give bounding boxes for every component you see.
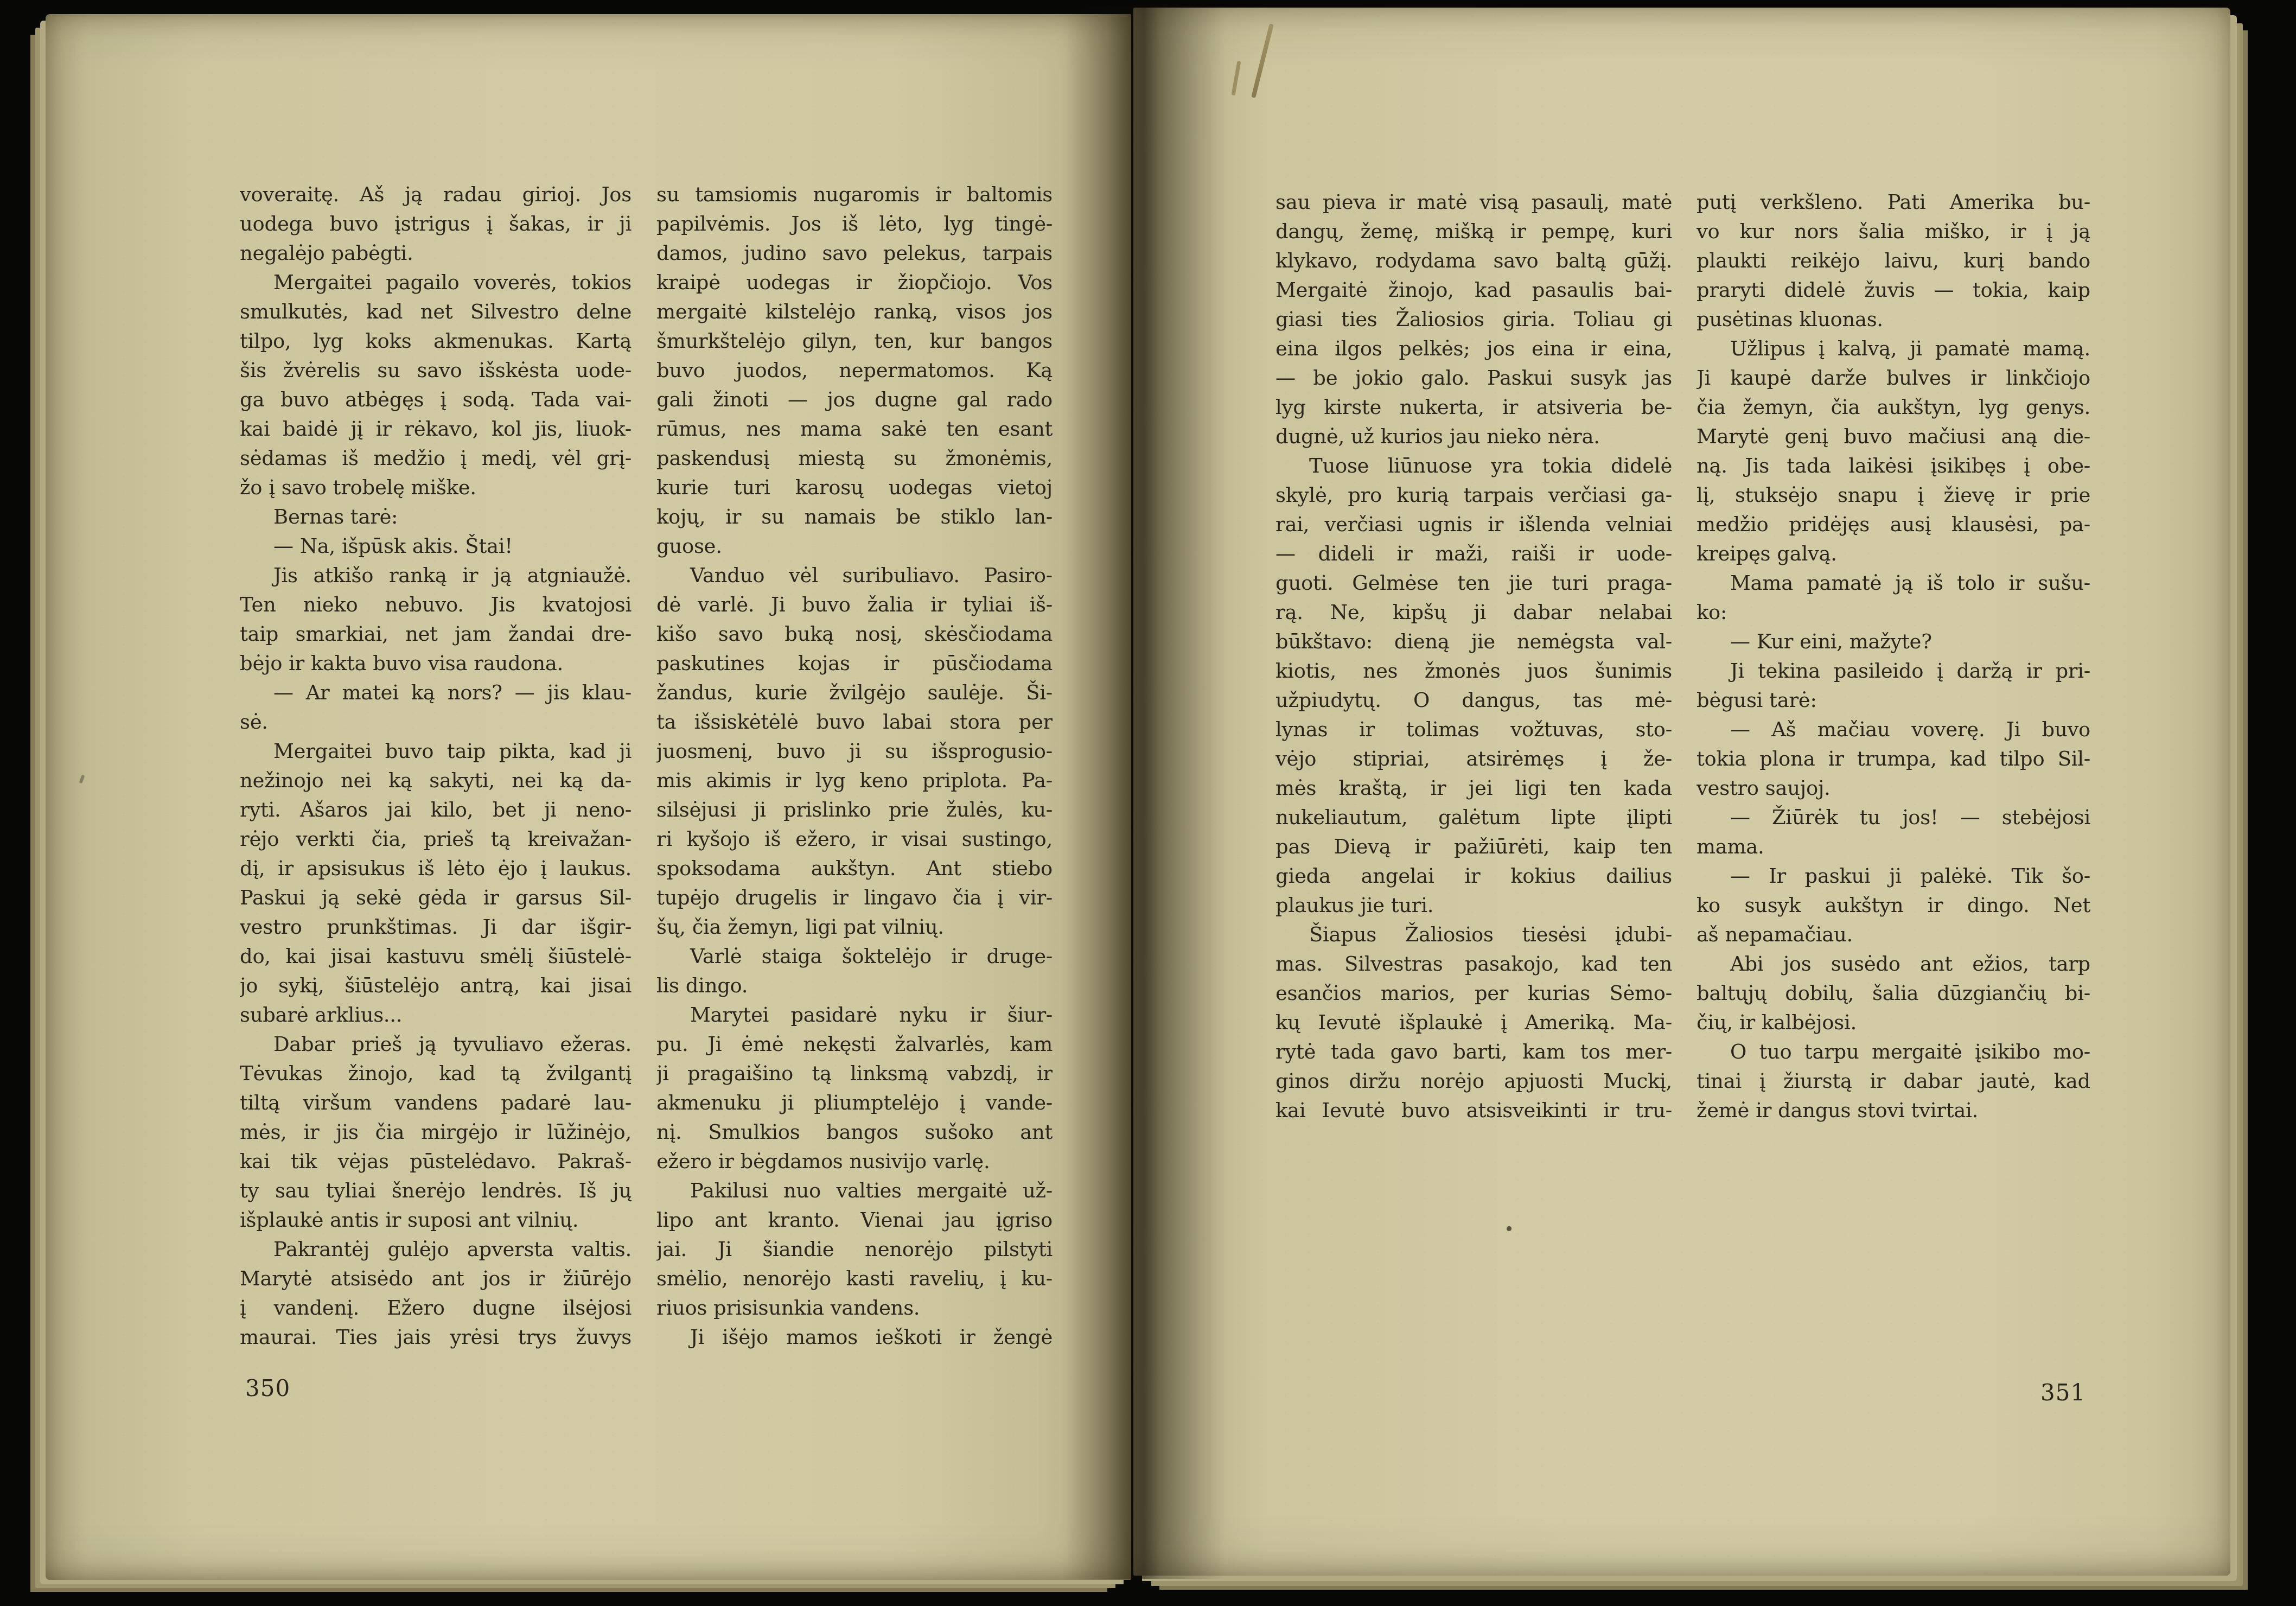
- text-line: kai baidė jį ir rėkavo, kol jis, liuok-: [240, 415, 632, 444]
- text-line: kų Ievutė išplaukė į Ameriką. Ma-: [1275, 1008, 1672, 1037]
- text-line: Šiapus Žaliosios tiesėsi įdubi-: [1275, 920, 1672, 949]
- pen-stroke-mark-small: [1231, 61, 1241, 95]
- text-line: skylė, pro kurią tarpais verčiasi ga-: [1275, 481, 1672, 510]
- text-line: būkštavo: dieną jie nemėgsta val-: [1275, 627, 1672, 657]
- text-line: mės kraštą, ir jei ligi ten kada: [1275, 774, 1672, 803]
- text-column-right-2: putį verkšleno. Pati Amerika bu-vo kur n…: [1697, 188, 2090, 1125]
- text-line: gieda angelai ir kokius dailius: [1275, 862, 1672, 891]
- text-line: guose.: [656, 532, 1053, 561]
- text-line: paskendusį miestą su žmonėmis,: [656, 444, 1053, 473]
- text-line: — be jokio galo. Paskui susyk jas: [1275, 364, 1672, 393]
- text-line: ko susyk aukštyn ir dingo. Net: [1697, 891, 2090, 920]
- text-line: mama.: [1697, 832, 2090, 862]
- text-line: žo į savo trobelę miške.: [240, 473, 632, 502]
- text-line: tokia plona ir trumpa, kad tilpo Sil-: [1697, 744, 2090, 774]
- text-line: tiltą viršum vandens padarė lau-: [240, 1088, 632, 1118]
- text-line: kišo savo buką nosį, skėsčiodama: [656, 620, 1053, 649]
- text-line: mės, ir jis čia mirgėjo ir lūžinėjo,: [240, 1118, 632, 1147]
- text-column-right-1: sau pieva ir matė visą pasaulį, matėdang…: [1275, 188, 1672, 1125]
- stray-ink-dot: [1507, 1226, 1511, 1231]
- text-line: čių, ir kalbėjosi.: [1697, 1008, 2090, 1037]
- text-line: rytė tada gavo barti, kam tos mer-: [1275, 1037, 1672, 1067]
- text-line: plaukus jie turi.: [1275, 891, 1672, 920]
- text-line: dė varlė. Ji buvo žalia ir tyliai iš-: [656, 590, 1053, 620]
- text-line: kurie turi karosų uodegas vietoj: [656, 473, 1053, 502]
- text-line: kai tik vėjas pūstelėdavo. Pakraš-: [240, 1147, 632, 1176]
- text-line: smėlio, nenorėjo kasti ravelių, į ku-: [656, 1264, 1053, 1293]
- text-line: O tuo tarpu mergaitė įsikibo mo-: [1697, 1037, 2090, 1067]
- left-page: voveraitę. Aš ją radau girioj. Josuodega…: [46, 14, 1131, 1580]
- text-column-left-1: voveraitę. Aš ją radau girioj. Josuodega…: [240, 180, 632, 1352]
- text-line: spoksodama aukštyn. Ant stiebo: [656, 854, 1053, 883]
- text-line: užpiudytų. O dangus, tas mė-: [1275, 686, 1672, 715]
- text-line: ginos diržu norėjo apjuosti Muckį,: [1275, 1067, 1672, 1096]
- text-line: ta išsiskėtėlė buvo labai stora per: [656, 708, 1053, 737]
- text-line: nukeliautum, galėtum lipte įlipti: [1275, 803, 1672, 832]
- text-line: guoti. Gelmėse ten jie turi praga-: [1275, 569, 1672, 598]
- text-line: giasi ties Žaliosios giria. Toliau gi: [1275, 305, 1672, 334]
- text-line: Užlipus į kalvą, ji pamatė mamą.: [1697, 334, 2090, 364]
- text-line: silsėjusi ji prislinko prie žulės, ku-: [656, 795, 1053, 825]
- text-line: uodega buvo įstrigus į šakas, ir ji: [240, 209, 632, 239]
- text-line: dį, ir apsisukus iš lėto ėjo į laukus.: [240, 854, 632, 883]
- text-line: mis akimis ir lyg keno priplota. Pa-: [656, 766, 1053, 795]
- text-line: kojų, ir su namais be stiklo lan-: [656, 502, 1053, 532]
- text-line: ga buvo atbėgęs į sodą. Tada vai-: [240, 385, 632, 415]
- text-line: tupėjo drugelis ir lingavo čia į vir-: [656, 883, 1053, 913]
- text-line: — Ir paskui ji palėkė. Tik šo-: [1697, 862, 2090, 891]
- text-line: riuos prisisunkia vandens.: [656, 1293, 1053, 1323]
- text-line: ji pragaišino tą linksmą vabzdį, ir: [656, 1059, 1053, 1088]
- text-line: Tėvukas žinojo, kad tą žvilgantį: [240, 1059, 632, 1088]
- text-line: vestro saujoj.: [1697, 774, 2090, 803]
- text-line: jai. Ji šiandie nenorėjo pilstyti: [656, 1235, 1053, 1264]
- text-line: plaukti reikėjo laivu, kurį bando: [1697, 246, 2090, 276]
- text-line: Paskui ją sekė gėda ir garsus Sil-: [240, 883, 632, 913]
- text-line: pu. Ji ėmė nekęsti žalvarlės, kam: [656, 1030, 1053, 1059]
- text-line: žemė ir dangus stovi tvirtai.: [1697, 1096, 2090, 1125]
- text-line: Mergaitė žinojo, kad pasaulis bai-: [1275, 276, 1672, 305]
- text-line: dugnė, už kurios jau nieko nėra.: [1275, 422, 1672, 451]
- text-line: Mergaitei buvo taip pikta, kad ji: [240, 737, 632, 766]
- text-line: sė.: [240, 708, 632, 737]
- text-line: šmurkštelėjo gilyn, ten, kur bangos: [656, 327, 1053, 356]
- text-line: vo kur nors šalia miško, ir į ją: [1697, 217, 2090, 246]
- text-line: kai Ievutė buvo atsisveikinti ir tru-: [1275, 1096, 1672, 1125]
- text-line: negalėjo pabėgti.: [240, 239, 632, 268]
- text-line: rūmus, nes mama sakė ten esant: [656, 415, 1053, 444]
- text-line: vėjo stipriai, atsirėmęs į že-: [1275, 744, 1672, 774]
- text-line: bėgusi tarė:: [1697, 686, 2090, 715]
- text-column-left-2: su tamsiomis nugaromis ir baltomispapilv…: [656, 180, 1053, 1352]
- text-line: išplaukė antis ir suposi ant vilnių.: [240, 1206, 632, 1235]
- text-line: gali žinoti — jos dugne gal rado: [656, 385, 1053, 415]
- text-line: — Ar matei ką nors? — jis klau-: [240, 678, 632, 708]
- text-line: do, kai jisai kastuvu smėlį šiūstelė-: [240, 942, 632, 971]
- text-line: subarė arklius...: [240, 1000, 632, 1030]
- text-line: juosmenį, buvo ji su išsprogusio-: [656, 737, 1053, 766]
- text-line: taip smarkiai, net jam žandai dre-: [240, 620, 632, 649]
- text-line: pusėtinas kluonas.: [1697, 305, 2090, 334]
- text-line: vestro prunkštimas. Ji dar išgir-: [240, 913, 632, 942]
- text-line: paskutines kojas ir pūsčiodama: [656, 649, 1053, 678]
- text-line: praryti didelė žuvis — tokia, kaip: [1697, 276, 2090, 305]
- text-line: Ji tekina pasileido į daržą ir pri-: [1697, 657, 2090, 686]
- text-line: lynas ir tolimas vožtuvas, sto-: [1275, 715, 1672, 744]
- text-line: Ten nieko nebuvo. Jis kvatojosi: [240, 590, 632, 620]
- text-line: putį verkšleno. Pati Amerika bu-: [1697, 188, 2090, 217]
- text-line: Mergaitei pagailo voverės, tokios: [240, 268, 632, 297]
- text-line: su tamsiomis nugaromis ir baltomis: [656, 180, 1053, 209]
- text-line: — Aš mačiau voverę. Ji buvo: [1697, 715, 2090, 744]
- text-line: ty sau tyliai šnerėjo lendrės. Iš jų: [240, 1176, 632, 1206]
- text-line: ko:: [1697, 598, 2090, 627]
- text-line: — Žiūrėk tu jos! — stebėjosi: [1697, 803, 2090, 832]
- text-line: lipo ant kranto. Vienai jau įgriso: [656, 1206, 1053, 1235]
- text-line: lyg kirste nukerta, ir atsiveria be-: [1275, 393, 1672, 422]
- text-line: sau pieva ir matė visą pasaulį, matė: [1275, 188, 1672, 217]
- text-line: mergaitė kilstelėjo ranką, visos jos: [656, 297, 1053, 327]
- text-line: dangų, žemę, mišką ir pempę, kuri: [1275, 217, 1672, 246]
- text-line: ežero ir bėgdamos nusivijo varlę.: [656, 1147, 1053, 1176]
- text-line: aš nepamačiau.: [1697, 920, 2090, 949]
- text-line: nį. Smulkios bangos sušoko ant: [656, 1118, 1053, 1147]
- text-line: rai, verčiasi ugnis ir išlenda velniai: [1275, 510, 1672, 539]
- text-line: smulkutės, kad net Silvestro delne: [240, 297, 632, 327]
- text-line: voveraitę. Aš ją radau girioj. Jos: [240, 180, 632, 209]
- text-line: Mama pamatė ją iš tolo ir sušu-: [1697, 569, 2090, 598]
- text-line: Ji išėjo mamos ieškoti ir žengė: [656, 1323, 1053, 1352]
- text-line: šų, čia žemyn, ligi pat vilnių.: [656, 913, 1053, 942]
- text-line: Tuose liūnuose yra tokia didelė: [1275, 451, 1672, 481]
- text-line: — dideli ir maži, raiši ir uode-: [1275, 539, 1672, 569]
- text-line: Bernas tarė:: [240, 502, 632, 532]
- text-line: kraipė uodegas ir žiopčiojo. Vos: [656, 268, 1053, 297]
- text-line: tinai į žiurstą ir dabar jautė, kad: [1697, 1067, 2090, 1096]
- text-line: šis žvėrelis su savo išskėsta uode-: [240, 356, 632, 385]
- text-line: kiotis, nes žmonės juos šunimis: [1275, 657, 1672, 686]
- text-line: tilpo, lyg koks akmenukas. Kartą: [240, 327, 632, 356]
- text-line: mas. Silvestras pasakojo, kad ten: [1275, 949, 1672, 979]
- right-page: sau pieva ir matė visą pasaulį, matėdang…: [1133, 8, 2230, 1576]
- text-line: damos, judino savo pelekus, tarpais: [656, 239, 1053, 268]
- text-line: Jis atkišo ranką ir ją atgniaužė.: [240, 561, 632, 590]
- text-line: medžio pridėjęs ausį klausėsi, pa-: [1697, 510, 2090, 539]
- text-line: eina ilgos pelkės; jos eina ir eina,: [1275, 334, 1672, 364]
- text-line: Abi jos susėdo ant ežios, tarp: [1697, 949, 2090, 979]
- page-number-left: 350: [245, 1375, 290, 1401]
- text-line: lį, stuksėjo snapu į žievę ir prie: [1697, 481, 2090, 510]
- text-line: papilvėmis. Jos iš lėto, lyg tingė-: [656, 209, 1053, 239]
- text-line: bėjo ir kakta buvo visa raudona.: [240, 649, 632, 678]
- text-line: Dabar prieš ją tyvuliavo ežeras.: [240, 1030, 632, 1059]
- text-line: kreipęs galvą.: [1697, 539, 2090, 569]
- text-line: Pakilusi nuo valties mergaitė už-: [656, 1176, 1053, 1206]
- text-line: — Kur eini, mažyte?: [1697, 627, 2090, 657]
- text-line: rą. Ne, kipšų ji dabar nelabai: [1275, 598, 1672, 627]
- text-line: sėdamas iš medžio į medį, vėl grį-: [240, 444, 632, 473]
- text-line: Marytei pasidarė nyku ir šiur-: [656, 1000, 1053, 1030]
- text-line: baltųjų dobilų, šalia dūzgiančių bi-: [1697, 979, 2090, 1008]
- text-line: nežinojo nei ką sakyti, nei ką da-: [240, 766, 632, 795]
- text-line: rėjo verkti čia, prieš tą kreivažan-: [240, 825, 632, 854]
- text-line: akmenuku ji pliumptelėjo į vande-: [656, 1088, 1053, 1118]
- text-line: — Na, išpūsk akis. Štai!: [240, 532, 632, 561]
- text-line: esančios marios, per kurias Sėmo-: [1275, 979, 1672, 1008]
- text-line: žandus, kurie žvilgėjo saulėje. Ši-: [656, 678, 1053, 708]
- book-scan: voveraitę. Aš ją radau girioj. Josuodega…: [0, 0, 2296, 1606]
- text-line: maurai. Ties jais yrėsi trys žuvys: [240, 1323, 632, 1352]
- text-line: buvo juodos, nepermatomos. Ką: [656, 356, 1053, 385]
- pen-stroke-mark: [1251, 23, 1274, 98]
- text-line: čia žemyn, čia aukštyn, lyg genys.: [1697, 393, 2090, 422]
- text-line: klykavo, rodydama savo baltą gūžį.: [1275, 246, 1672, 276]
- text-line: ryti. Ašaros jai kilo, bet ji neno-: [240, 795, 632, 825]
- text-line: Marytė genį buvo mačiusi aną die-: [1697, 422, 2090, 451]
- ink-speck: [79, 774, 85, 783]
- text-line: lis dingo.: [656, 971, 1053, 1000]
- page-number-right: 351: [2040, 1379, 2085, 1406]
- text-line: Pakrantėj gulėjo apversta valtis.: [240, 1235, 632, 1264]
- text-line: Vanduo vėl suribuliavo. Pasiro-: [656, 561, 1053, 590]
- text-line: pas Dievą ir pažiūrėti, kaip ten: [1275, 832, 1672, 862]
- text-line: ri kyšojo iš ežero, ir visai sustingo,: [656, 825, 1053, 854]
- text-line: Ji kaupė darže bulves ir linkčiojo: [1697, 364, 2090, 393]
- text-line: Marytė atsisėdo ant jos ir žiūrėjo: [240, 1264, 632, 1293]
- text-line: į vandenį. Ežero dugne ilsėjosi: [240, 1293, 632, 1323]
- text-line: ną. Jis tada laikėsi įsikibęs į obe-: [1697, 451, 2090, 481]
- text-line: Varlė staiga šoktelėjo ir druge-: [656, 942, 1053, 971]
- text-line: jo sykį, šiūstelėjo antrą, kai jisai: [240, 971, 632, 1000]
